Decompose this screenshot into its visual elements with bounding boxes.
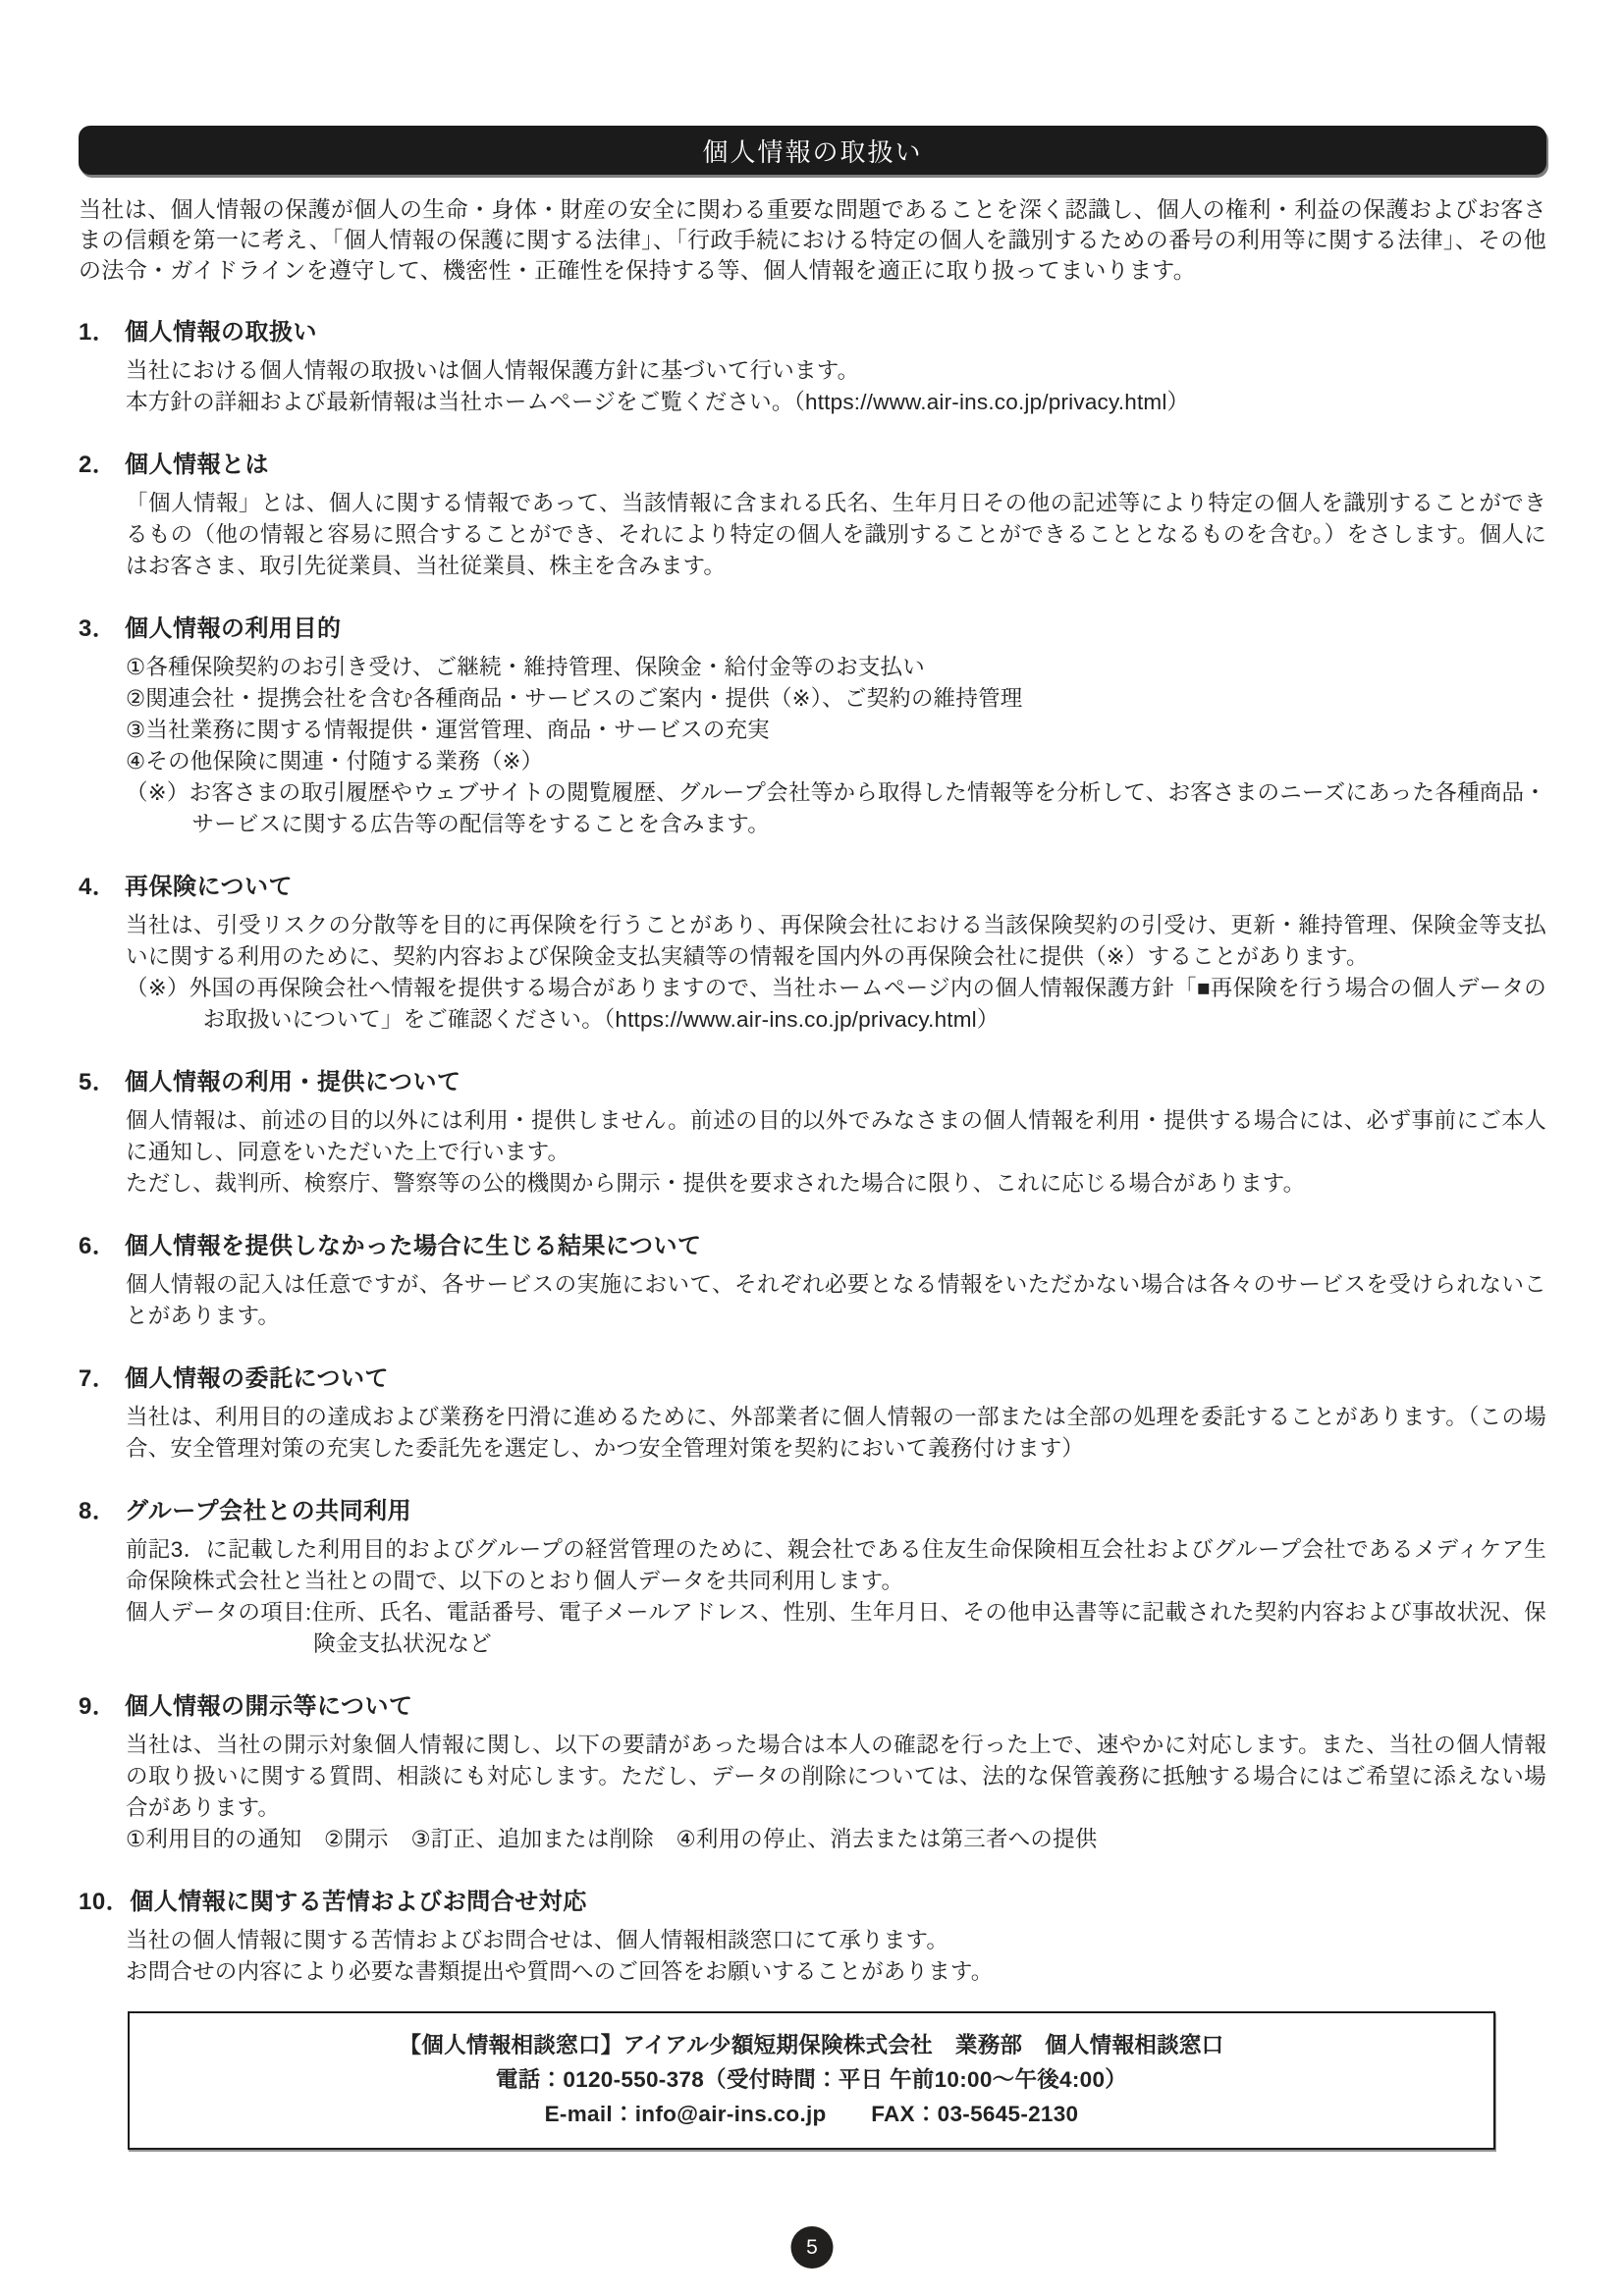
document-page: 個人情報の取扱い 当社は、個人情報の保護が個人の生命・身体・財産の安全に関わる重… [0,0,1624,2296]
section-title: 個人情報の利用・提供について [125,1062,461,1096]
section-paragraph: 当社における個人情報の取扱いは個人情報保護方針に基づいて行います。 [126,355,1546,387]
section-heading: 7． 個人情報の委託について [79,1359,1546,1393]
section-paragraph: ②関連会社・提携会社を含む各種商品・サービスのご案内・提供（※）、ご契約の維持管… [126,683,1546,715]
section: 6． 個人情報を提供しなかった場合に生じる結果について 個人情報の記入は任意です… [79,1226,1546,1332]
sections: 1． 個人情報の取扱い 当社における個人情報の取扱いは個人情報保護方針に基づいて… [79,312,1546,1988]
contact-box: 【個人情報相談窓口】アイアル少額短期保険株式会社 業務部 個人情報相談窓口 電話… [128,2011,1495,2150]
section-paragraph: 当社は、当社の開示対象個人情報に関し、以下の要請があった場合は本人の確認を行った… [126,1730,1546,1824]
section-number: 8． [79,1491,125,1525]
section-number: 5． [79,1062,125,1096]
section: 5． 個人情報の利用・提供について 個人情報は、前述の目的以外には利用・提供しま… [79,1062,1546,1200]
contact-line-email-fax: E-mail：info@air-ins.co.jp FAX：03-5645-21… [149,2097,1474,2131]
page-number: 5 [806,2236,818,2260]
section-paragraph: 本方針の詳細および最新情報は当社ホームページをご覧ください。（https://w… [126,387,1546,418]
section-paragraph: 「個人情報」とは、個人に関する情報であって、当該情報に含まれる氏名、生年月日その… [126,488,1546,582]
section-title: 個人情報に関する苦情およびお問合せ対応 [130,1882,587,1916]
intro-paragraph: 当社は、個人情報の保護が個人の生命・身体・財産の安全に関わる重要な問題であること… [79,194,1546,286]
section-body: 「個人情報」とは、個人に関する情報であって、当該情報に含まれる氏名、生年月日その… [79,488,1546,582]
section: 3． 個人情報の利用目的 ①各種保険契約のお引き受け、ご継続・維持管理、保険金・… [79,609,1546,840]
section-number: 10． [79,1882,130,1916]
section: 4． 再保険について 当社は、引受リスクの分散等を目的に再保険を行うことがあり、… [79,867,1546,1036]
section-body: 当社は、利用目的の達成および業務を円滑に進めるために、外部業者に個人情報の一部ま… [79,1402,1546,1465]
section-number: 4． [79,867,125,901]
section-paragraph: （※）外国の再保険会社へ情報を提供する場合がありますので、当社ホームページ内の個… [126,973,1546,1036]
section: 9． 個人情報の開示等について 当社は、当社の開示対象個人情報に関し、以下の要請… [79,1686,1546,1855]
section-paragraph: 当社は、利用目的の達成および業務を円滑に進めるために、外部業者に個人情報の一部ま… [126,1402,1546,1465]
section-paragraph: ①利用目的の通知 ②開示 ③訂正、追加または削除 ④利用の停止、消去または第三者… [126,1824,1546,1855]
section-heading: 6． 個人情報を提供しなかった場合に生じる結果について [79,1226,1546,1260]
section-body: 当社は、引受リスクの分散等を目的に再保険を行うことがあり、再保険会社における当該… [79,910,1546,1036]
section-body: ①各種保険契約のお引き受け、ご継続・維持管理、保険金・給付金等のお支払い②関連会… [79,652,1546,840]
section-number: 1． [79,312,125,347]
section-title: 個人情報とは [125,445,269,479]
page-title: 個人情報の取扱い [702,133,922,169]
section-title: 再保険について [125,867,293,901]
section-body: 個人情報の記入は任意ですが、各サービスの実施において、それぞれ必要となる情報をい… [79,1269,1546,1332]
section-title: 個人情報の取扱い [125,312,317,347]
section-heading: 10． 個人情報に関する苦情およびお問合せ対応 [79,1882,1546,1916]
section-body: 当社における個人情報の取扱いは個人情報保護方針に基づいて行います。本方針の詳細お… [79,355,1546,418]
section: 8． グループ会社との共同利用 前記3．に記載した利用目的およびグループの経営管… [79,1491,1546,1660]
section-heading: 2． 個人情報とは [79,445,1546,479]
section-number: 7． [79,1359,125,1393]
content-area: 個人情報の取扱い 当社は、個人情報の保護が個人の生命・身体・財産の安全に関わる重… [0,0,1624,2150]
section-paragraph: ただし、裁判所、検察庁、警察等の公的機関から開示・提供を要求された場合に限り、こ… [126,1168,1546,1200]
section-paragraph: お問合せの内容により必要な書類提出や質問へのご回答をお願いすることがあります。 [126,1956,1546,1988]
section: 10． 個人情報に関する苦情およびお問合せ対応 当社の個人情報に関する苦情および… [79,1882,1546,1988]
section-paragraph: ①各種保険契約のお引き受け、ご継続・維持管理、保険金・給付金等のお支払い [126,652,1546,683]
section-paragraph: （※）お客さまの取引履歴やウェブサイトの閲覧履歴、グループ会社等から取得した情報… [126,777,1546,840]
document-title-bar: 個人情報の取扱い [79,126,1546,175]
section-heading: 4． 再保険について [79,867,1546,901]
section-heading: 8． グループ会社との共同利用 [79,1491,1546,1525]
section: 7． 個人情報の委託について 当社は、利用目的の達成および業務を円滑に進めるため… [79,1359,1546,1465]
section: 2． 個人情報とは 「個人情報」とは、個人に関する情報であって、当該情報に含まれ… [79,445,1546,582]
section-paragraph: 当社は、引受リスクの分散等を目的に再保険を行うことがあり、再保険会社における当該… [126,910,1546,973]
contact-line-phone: 電話：0120-550-378（受付時間：平日 午前10:00～午後4:00） [149,2062,1474,2097]
section-title: グループ会社との共同利用 [125,1491,411,1525]
section-paragraph: 当社の個人情報に関する苦情およびお問合せは、個人情報相談窓口にて承ります。 [126,1925,1546,1956]
section-heading: 9． 個人情報の開示等について [79,1686,1546,1721]
section-number: 3． [79,609,125,643]
section-title: 個人情報の開示等について [125,1686,413,1721]
section-body: 当社の個人情報に関する苦情およびお問合せは、個人情報相談窓口にて承ります。お問合… [79,1925,1546,1988]
section-number: 2． [79,445,125,479]
section-heading: 3． 個人情報の利用目的 [79,609,1546,643]
section-title: 個人情報の利用目的 [125,609,342,643]
section-heading: 1． 個人情報の取扱い [79,312,1546,347]
section-paragraph: ③当社業務に関する情報提供・運営管理、商品・サービスの充実 [126,715,1546,746]
section-title: 個人情報を提供しなかった場合に生じる結果について [125,1226,702,1260]
section-paragraph: 個人情報は、前述の目的以外には利用・提供しません。前述の目的以外でみなさまの個人… [126,1105,1546,1168]
section-paragraph: 前記3．に記載した利用目的およびグループの経営管理のために、親会社である住友生命… [126,1534,1546,1597]
contact-line-organization: 【個人情報相談窓口】アイアル少額短期保険株式会社 業務部 個人情報相談窓口 [149,2028,1474,2062]
section: 1． 個人情報の取扱い 当社における個人情報の取扱いは個人情報保護方針に基づいて… [79,312,1546,418]
section-paragraph: ④その他保険に関連・付随する業務（※） [126,746,1546,777]
section-title: 個人情報の委託について [125,1359,389,1393]
section-number: 6． [79,1226,125,1260]
page-number-badge: 5 [791,2226,834,2269]
section-body: 当社は、当社の開示対象個人情報に関し、以下の要請があった場合は本人の確認を行った… [79,1730,1546,1855]
section-heading: 5． 個人情報の利用・提供について [79,1062,1546,1096]
section-body: 前記3．に記載した利用目的およびグループの経営管理のために、親会社である住友生命… [79,1534,1546,1660]
section-number: 9． [79,1686,125,1721]
section-paragraph: 個人データの項目:住所、氏名、電話番号、電子メールアドレス、性別、生年月日、その… [126,1597,1546,1660]
section-body: 個人情報は、前述の目的以外には利用・提供しません。前述の目的以外でみなさまの個人… [79,1105,1546,1200]
section-paragraph: 個人情報の記入は任意ですが、各サービスの実施において、それぞれ必要となる情報をい… [126,1269,1546,1332]
